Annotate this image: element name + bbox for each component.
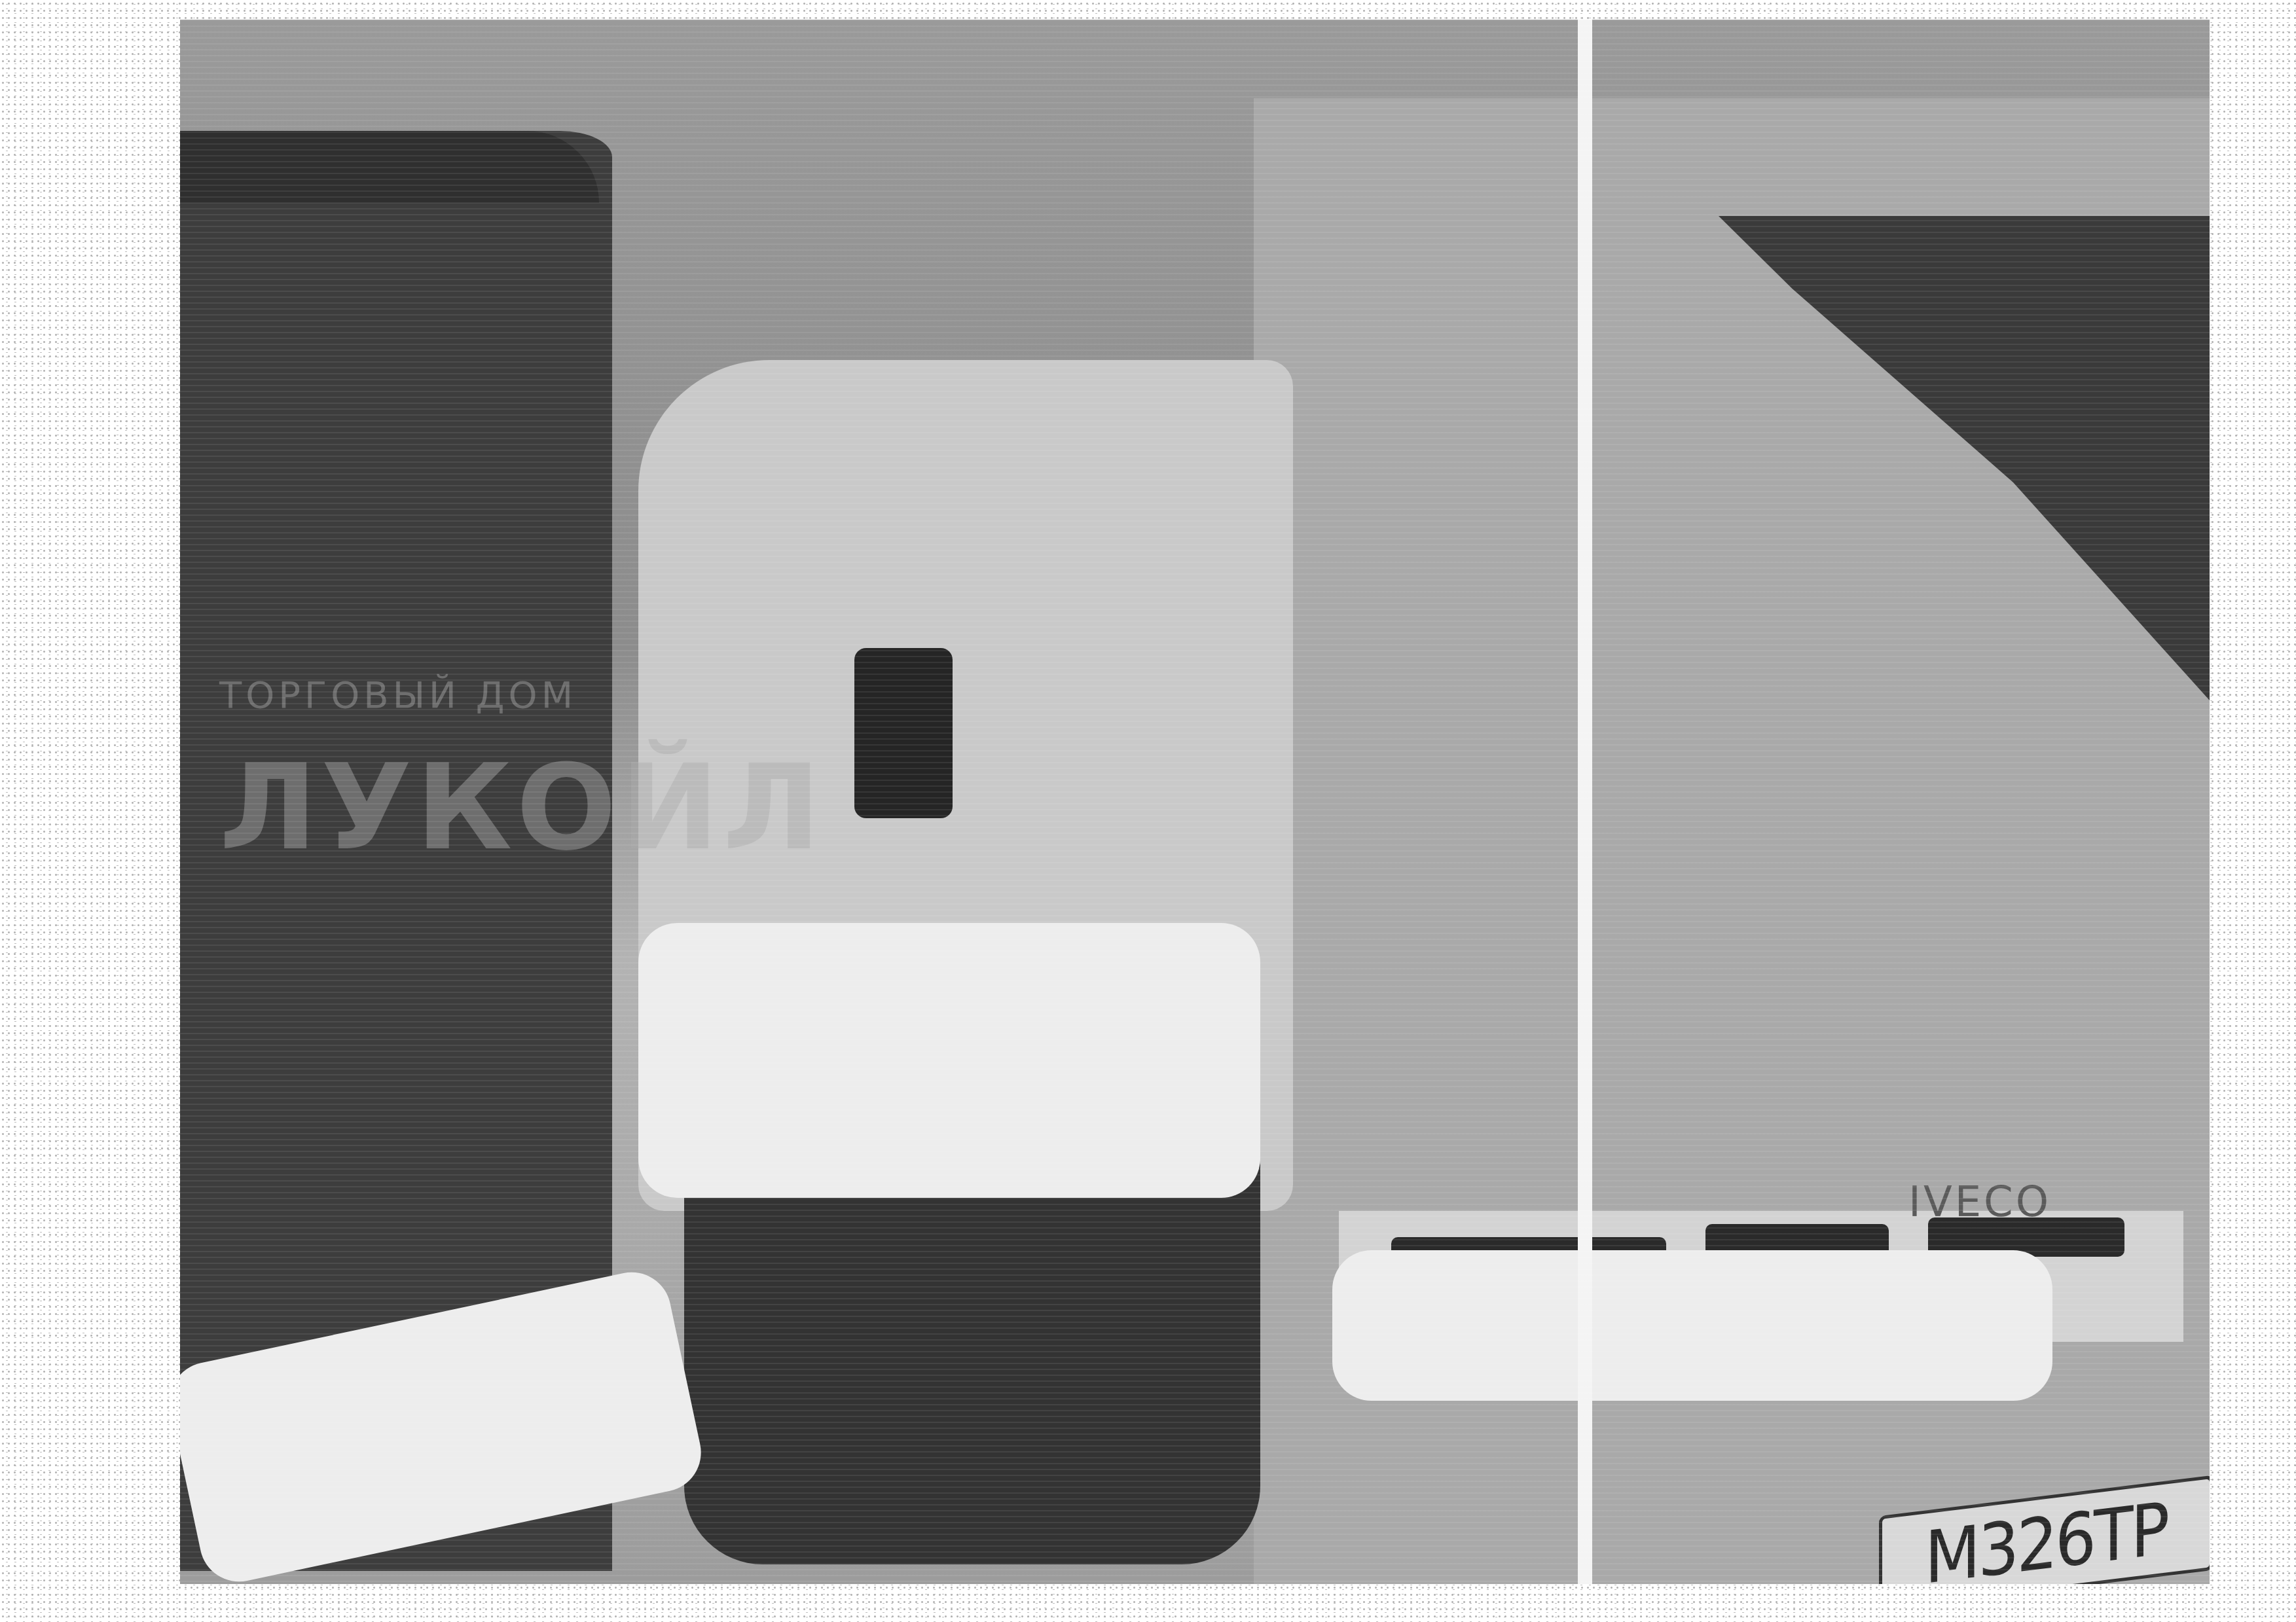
photograph: IVECO ТОРГОВЫЙ ДОМ ЛУКОЙЛ М326ТР xyxy=(180,20,2210,1584)
scan-lines xyxy=(180,20,2210,1584)
